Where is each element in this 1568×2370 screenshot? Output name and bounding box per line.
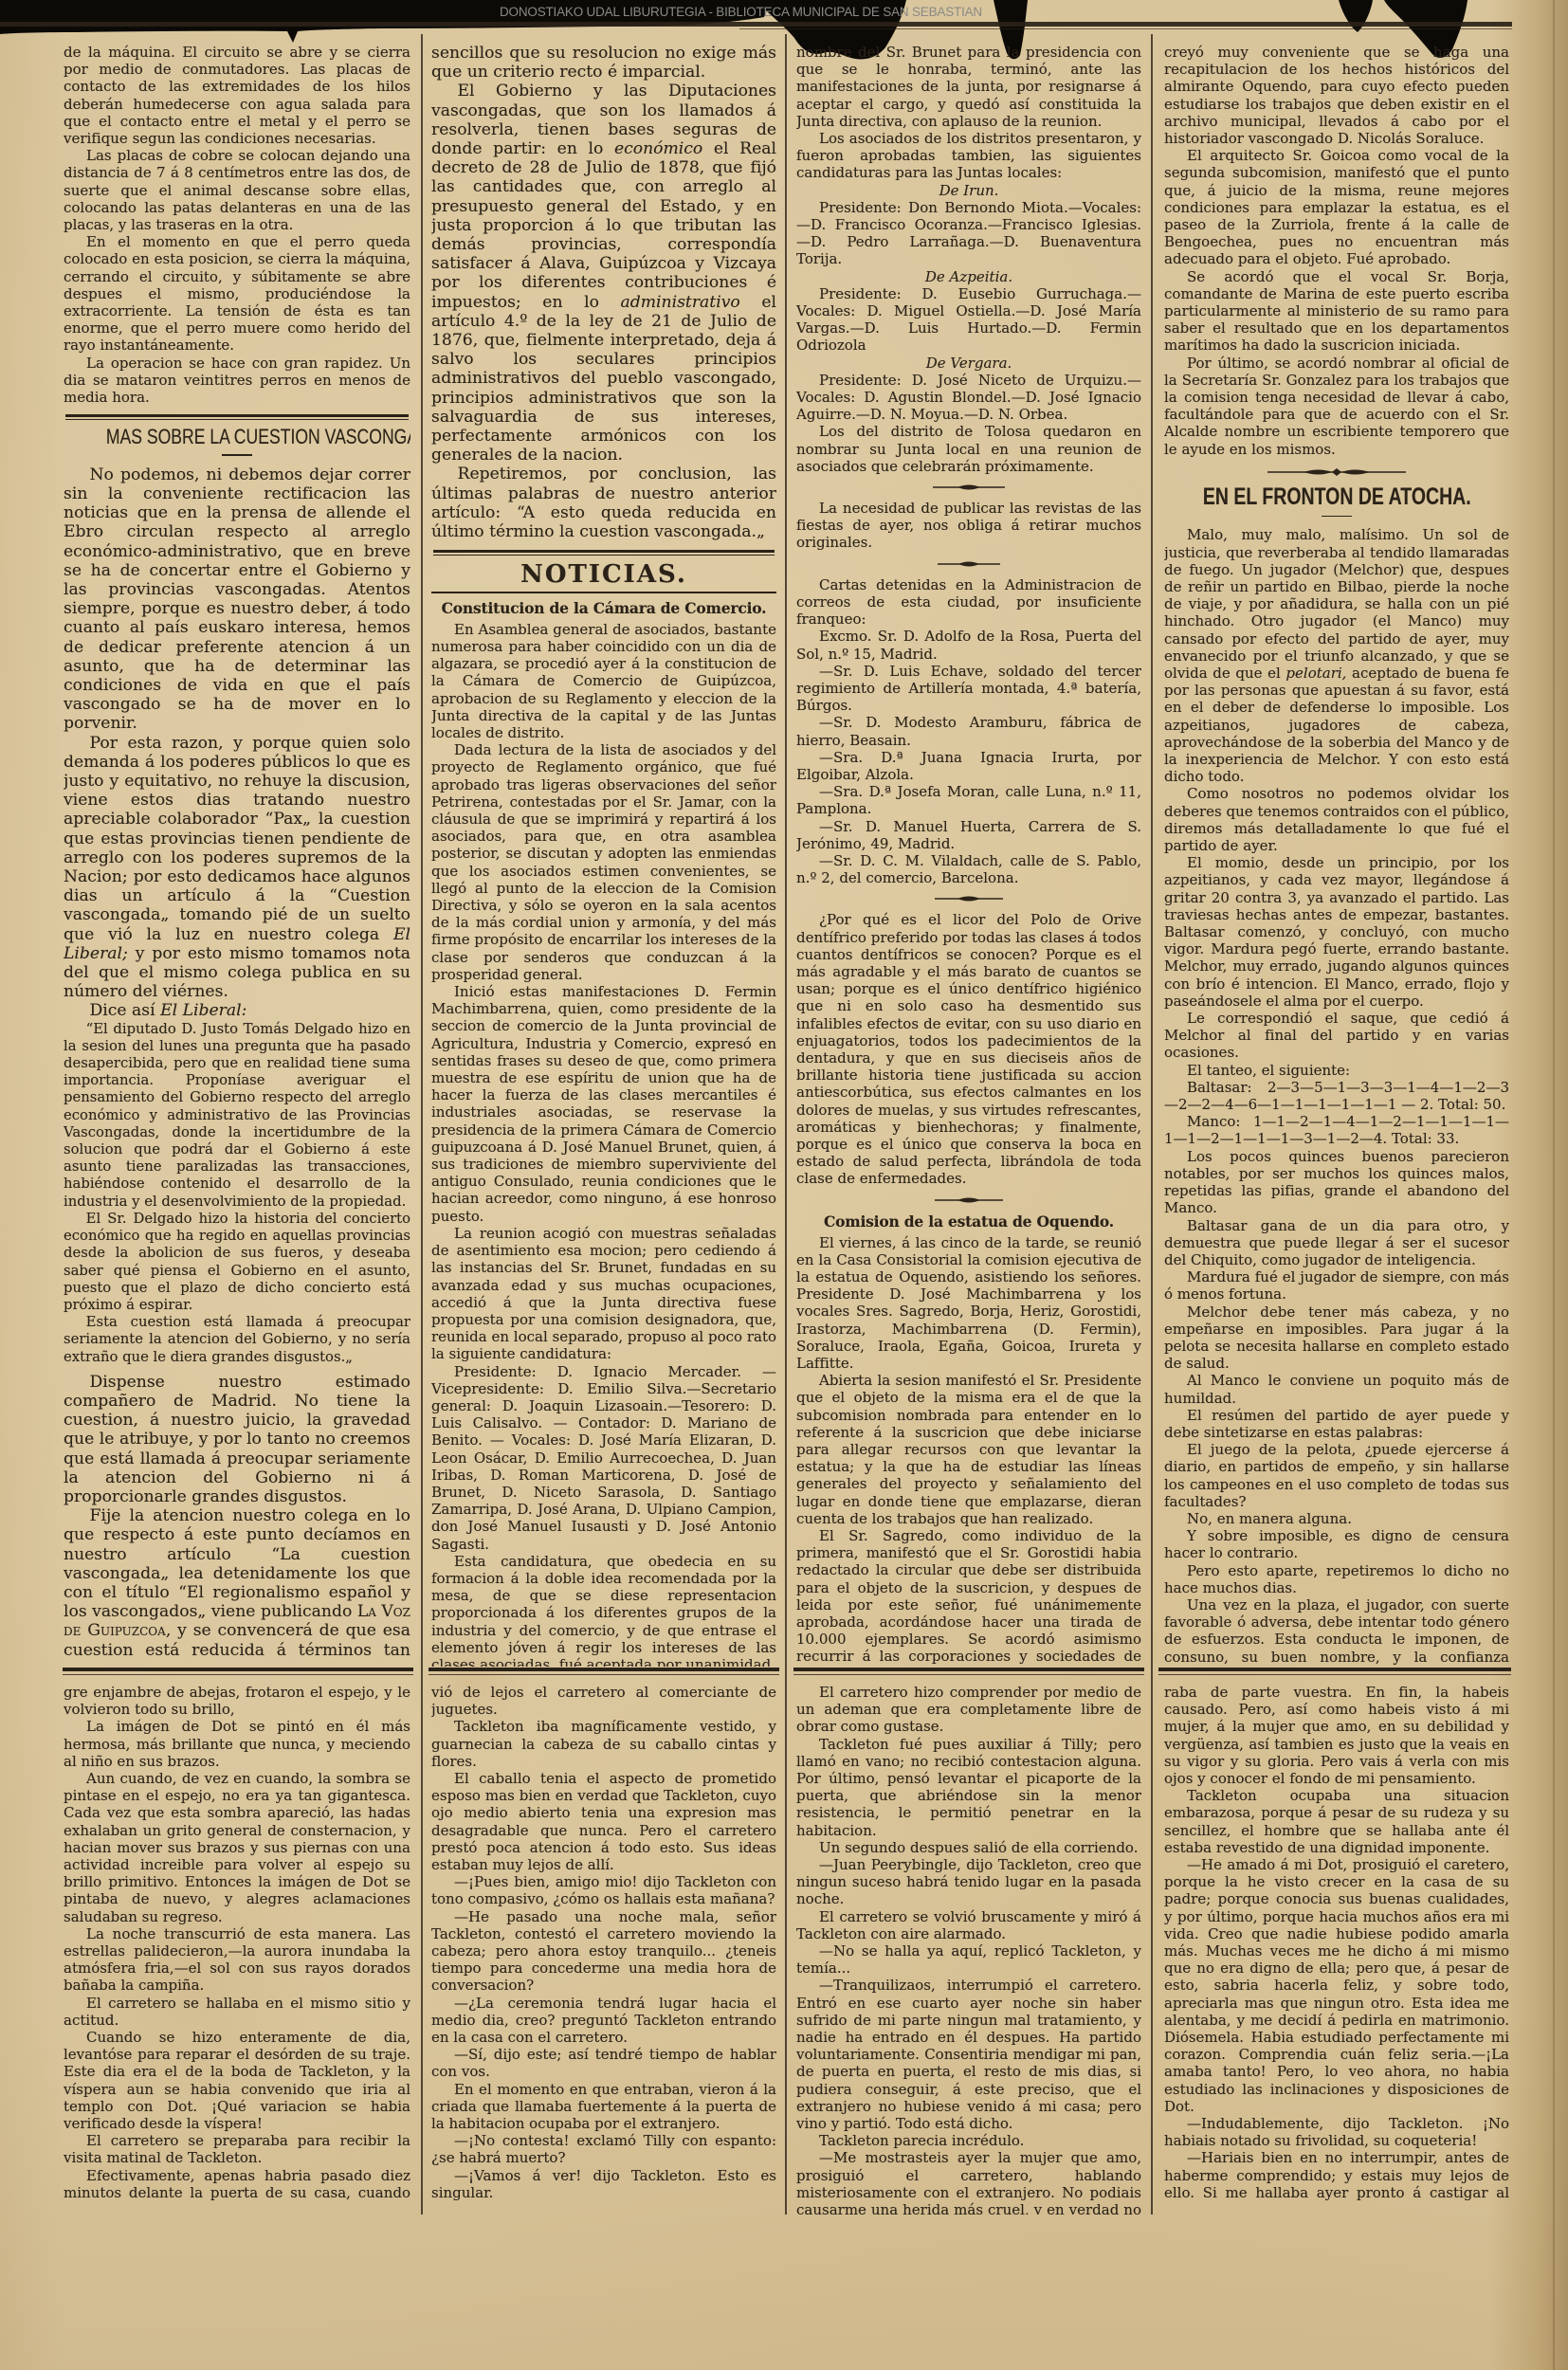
column-4-top: creyó muy conveniente que se haga una re… [1164, 44, 1509, 1667]
article-paragraph: El juego de la pelota, ¿puede ejercerse … [1164, 1441, 1509, 1510]
article-paragraph: creyó muy conveniente que se haga una re… [1164, 44, 1509, 147]
article-subheadline: Constitucion de la Cámara de Comercio. [431, 599, 776, 618]
article-paragraph: Malo, muy malo, malísimo. Un sol de just… [1164, 526, 1509, 785]
page-edge [1553, 0, 1555, 2370]
article-paragraph: Los asociados de los distritos presentar… [796, 130, 1141, 182]
headline-dash [1322, 516, 1352, 518]
text-run: Malo, muy malo, malísimo. Un sol de just… [1164, 526, 1509, 682]
notice-paragraph: La necesidad de publicar las revistas de… [796, 500, 1141, 552]
section-rule-thin [793, 1674, 1144, 1675]
article-paragraph: Le correspondió el saque, que cedió á Me… [1164, 1010, 1509, 1062]
serial-paragraph: Cuando se hizo enteramente de dia, levan… [64, 2029, 410, 2132]
ornament-flourish-icon [1266, 467, 1408, 477]
archive-watermark: DONOSTIAKO UDAL LIBURUTEGIA - BIBLIOTECA… [500, 5, 982, 19]
notice-paragraph: Cartas detenidas en la Administracion de… [796, 576, 1141, 629]
article-paragraph: El resúmen del partido de ayer puede y d… [1164, 1407, 1509, 1441]
article-paragraph: Como nosotros no podemos olvidar los deb… [1164, 785, 1509, 854]
italic-run: económico [614, 139, 702, 158]
serial-dialogue: —Tranquilizaos, interrumpió el carretero… [796, 1977, 1141, 2132]
article-paragraph: No podemos, ni debemos dejar correr sin … [64, 465, 410, 734]
district-label: De Irun. [796, 182, 1141, 199]
section-rule [1158, 1668, 1511, 1671]
serial-paragraph: Aun cuando, de vez en cuando, la sombra … [64, 1770, 410, 1925]
column-divider [1151, 34, 1153, 2215]
italic-run: El Liberal: [160, 1001, 246, 1020]
serial-dialogue: —He amado á mi Dot, prosiguió el careter… [1164, 1856, 1509, 2115]
ornament-separator-icon [933, 483, 1005, 491]
article-paragraph: Fije la atencion nuestro colega en lo qu… [64, 1506, 410, 1660]
advertisement-paragraph: ¿Por qué es el licor del Polo de Orive d… [796, 911, 1141, 1187]
serial-dialogue: —Hariais bien en no interrumpir, antes d… [1164, 2149, 1509, 2201]
ornament-separator-icon [935, 895, 1003, 902]
article-paragraph: Dice así El Liberal: [64, 1001, 410, 1020]
article-paragraph: sencillos que su resolucion no exige más… [431, 44, 776, 82]
serial-dialogue: —¿La ceremonia tendrá lugar hacia el med… [431, 1995, 776, 2047]
article-paragraph: nombre del Sr. Brunet para la presidenci… [796, 44, 1141, 130]
section-rule [63, 1668, 413, 1671]
score-line-baltasar: Baltasar: 2—3—5—1—3—3—1—4—1—2—3—2—2—4—6—… [1164, 1079, 1509, 1113]
article-paragraph: Mardura fué el jugador de siempre, con m… [1164, 1268, 1509, 1303]
serial-dialogue: —Indudablemente, dijo Tackleton. ¡No hab… [1164, 2115, 1509, 2149]
serial-paragraph: raba de parte vuestra. En fin, la habeis… [1164, 1684, 1509, 1787]
column-4-serial: raba de parte vuestra. En fin, la habeis… [1164, 1684, 1509, 2215]
article-paragraph: El tanteo, el siguiente: [1164, 1062, 1509, 1079]
header-rule-thin [739, 28, 1512, 29]
quoted-paragraph: Esta cuestion está llamada á preocupar s… [64, 1314, 410, 1366]
serial-paragraph: Tackleton fué pues auxiliar á Tilly; per… [796, 1736, 1141, 1839]
headline-text: MAS SOBRE LA CUESTION VASCONGADA. [106, 425, 410, 449]
article-paragraph: El momio, desde un principio, por los az… [1164, 854, 1509, 1010]
serial-dialogue: —Juan Peerybingle, dijo Tackleton, creo … [796, 1856, 1141, 1908]
article-paragraph: El arquitecto Sr. Goicoa como vocal de l… [1164, 147, 1509, 267]
serial-paragraph: vió de lejos el carretero al comerciante… [431, 1684, 776, 1718]
serial-dialogue: —He pasado una noche mala, señor Tacklet… [431, 1908, 776, 1995]
article-paragraph: Las placas de cobre se colocan dejando u… [64, 147, 410, 233]
article-paragraph: Por último, se acordó nombrar al oficial… [1164, 355, 1509, 458]
text-run: Dice así [90, 1001, 161, 1020]
district-label: De Azpeitia. [796, 268, 1141, 285]
ornament-separator-icon [938, 560, 1000, 568]
article-paragraph: Esta candidatura, que obedecia en su for… [431, 1553, 776, 1667]
italic-run: administrativo [621, 293, 740, 312]
serial-dialogue: —¡Vamos á ver! dijo Tackleton. Esto es s… [431, 2167, 776, 2201]
serial-dialogue: —Me mostrasteis ayer la mujer que amo, p… [796, 2149, 1141, 2215]
article-paragraph: Repetiremos, por conclusion, las últimas… [431, 465, 776, 541]
serial-paragraph: El carretero se hallaba en el mismo siti… [64, 1995, 410, 2029]
serial-paragraph: Efectivamente, apenas habria pasado diez… [64, 2167, 410, 2201]
letter-entry: —Sr. D. Modesto Aramburu, fábrica de hie… [796, 714, 1141, 748]
headline-text: EN EL FRONTON DE ATOCHA. [1203, 483, 1471, 511]
article-paragraph: Una vez en la plaza, el jugador, con sue… [1164, 1596, 1509, 1667]
article-paragraph: Dispense nuestro estimado compañero de M… [64, 1373, 410, 1506]
article-paragraph: de la máquina. El circuito se abre y se … [64, 44, 410, 147]
italic-run: pelotari, [1285, 665, 1346, 682]
article-paragraph: La operacion se hace con gran rapidez. U… [64, 355, 410, 407]
letter-entry: Excmo. Sr. D. Adolfo de la Rosa, Puerta … [796, 628, 1141, 662]
column-3-top: nombre del Sr. Brunet para la presidenci… [796, 44, 1141, 1667]
serial-paragraph: El carretero se preparaba para recibir l… [64, 2132, 410, 2166]
candidate-list: Presidente: D. Ignacio Mercader. — Vicep… [431, 1363, 776, 1553]
article-rule [65, 414, 409, 417]
candidate-list: Presidente: D. Eusebio Gurruchaga.—Vocal… [796, 285, 1141, 355]
serial-paragraph: La noche transcurrió de esta manera. Las… [64, 1925, 410, 1995]
text-run: el artículo 4.º de la ley de 21 de Julio… [431, 293, 776, 465]
text-run: el Real decreto de 28 de Julio de 1878, … [431, 139, 776, 312]
article-headline: MAS SOBRE LA CUESTION VASCONGADA. [64, 425, 410, 449]
article-paragraph: El Gobierno y las Diputaciones vascongad… [431, 82, 776, 465]
article-paragraph: Pero esto aparte, repetiremos lo dicho n… [1164, 1562, 1509, 1596]
article-headline: EN EL FRONTON DE ATOCHA. [1164, 483, 1509, 511]
article-paragraph: Se acordó que el vocal Sr. Borja, comand… [1164, 268, 1509, 355]
article-paragraph: Melchor debe tener más cabeza, y no empe… [1164, 1303, 1509, 1373]
serial-dialogue: —¡Pues bien, amigo mio! dijo Tackleton c… [431, 1873, 776, 1907]
article-subheadline: Comision de la estatua de Oquendo. [796, 1212, 1141, 1231]
letter-entry: —Sr. D. Manuel Huerta, Carrera de S. Jer… [796, 818, 1141, 852]
section-rule-thin [63, 1674, 413, 1675]
column-divider [421, 34, 423, 2215]
candidate-list: Presidente: Don Bernondo Miota.—Vocales:… [796, 199, 1141, 268]
article-paragraph: En Asamblea general de asociados, bastan… [431, 621, 776, 741]
section-rule-thin [431, 592, 776, 593]
serial-paragraph: En el momento en que entraban, vieron á … [431, 2081, 776, 2133]
header-rule [0, 22, 1512, 27]
section-rule [428, 1668, 779, 1671]
serial-paragraph: gre enjambre de abejas, frotaron el espe… [64, 1684, 410, 1718]
district-label: De Vergara. [796, 355, 1141, 372]
serial-paragraph: Tackleton ocupaba una situacion embarazo… [1164, 1787, 1509, 1856]
letter-entry: —Sr. D. C. M. Vilaldach, calle de S. Pab… [796, 852, 1141, 886]
serial-paragraph: El carretero se volvió bruscamente y mir… [796, 1908, 1141, 1942]
serial-paragraph: El carretero hizo comprender por medio d… [796, 1684, 1141, 1736]
column-3-serial: El carretero hizo comprender por medio d… [796, 1684, 1141, 2215]
article-paragraph: Dada lectura de la lista de asociados y … [431, 741, 776, 983]
serial-dialogue: —No se halla ya aquí, replicó Tackleton,… [796, 1942, 1141, 1977]
article-paragraph: En el momento en que el perro queda colo… [64, 233, 410, 354]
serial-paragraph: El caballo tenia el aspecto de prometido… [431, 1770, 776, 1873]
article-rule [433, 550, 775, 553]
serial-paragraph: Un segundo despues salió de ella corrien… [796, 1839, 1141, 1856]
article-paragraph: Los del distrito de Tolosa quedaron en n… [796, 423, 1141, 475]
letter-entry: —Sra. D.ª Josefa Moran, calle Luna, n.º … [796, 783, 1141, 817]
serial-paragraph: Tackleton iba magníficamente vestido, y … [431, 1718, 776, 1770]
headline-dash [222, 454, 252, 456]
article-paragraph: Por esta razon, y porque quien solo dema… [64, 734, 410, 1002]
column-1-top: de la máquina. El circuito se abre y se … [64, 44, 410, 1667]
quoted-paragraph: “El diputado D. Justo Tomás Delgado hizo… [64, 1021, 410, 1211]
letter-entry: —Sr. D. Luis Echave, soldado del tercer … [796, 663, 1141, 715]
letter-entry: —Sra. D.ª Juana Ignacia Irurta, por Elgo… [796, 749, 1141, 783]
article-paragraph: El Sr. Sagredo, como individuo de la pri… [796, 1527, 1141, 1667]
article-paragraph: Los pocos quinces buenos parecieron nota… [1164, 1148, 1509, 1217]
article-paragraph: Al Manco le conviene un poquito más de h… [1164, 1372, 1509, 1406]
section-title: NOTICIAS. [431, 560, 776, 589]
text-run: aceptado de buena fe por las personas qu… [1164, 665, 1509, 785]
text-run: Por esta razon, y porque quien solo dema… [64, 734, 410, 944]
column-2-serial: vió de lejos el carretero al comerciante… [431, 1684, 776, 2215]
column-1-serial: gre enjambre de abejas, frotaron el espe… [64, 1684, 410, 2215]
quoted-paragraph: El Sr. Delgado hizo la historia del conc… [64, 1211, 410, 1314]
article-paragraph: El viernes, á las cinco de la tarde, se … [796, 1234, 1141, 1373]
article-paragraph: No, en manera alguna. [1164, 1510, 1509, 1527]
serial-dialogue: —¡No contesta! exclamó Tilly con espanto… [431, 2132, 776, 2166]
ornament-separator-icon [935, 1196, 1003, 1204]
section-rule-thin [428, 1674, 779, 1675]
article-paragraph: La reunion acogió con muestras señaladas… [431, 1225, 776, 1363]
column-divider [785, 34, 787, 2215]
article-paragraph: Baltasar gana de un dia para otro, y dem… [1164, 1217, 1509, 1269]
score-line-manco: Manco: 1—1—2—1—4—1—2—1—1—1—1—1—1—2—1—1—1… [1164, 1113, 1509, 1147]
serial-paragraph: Tackleton parecia incrédulo. [796, 2132, 1141, 2149]
serial-paragraph: La imágen de Dot se pintó en él más herm… [64, 1718, 410, 1770]
article-paragraph: Inició estas manifestaciones D. Fermin M… [431, 983, 776, 1225]
article-paragraph: Abierta la sesion manifestó el Sr. Presi… [796, 1372, 1141, 1527]
serial-dialogue: —Sí, dijo este; así tendré tiempo de hab… [431, 2046, 776, 2080]
article-paragraph: Y sobre imposible, es digno de censura h… [1164, 1527, 1509, 1561]
candidate-list: Presidente: D. José Niceto de Urquizu.—V… [796, 372, 1141, 424]
section-rule [793, 1668, 1144, 1671]
section-rule-thin [1158, 1674, 1511, 1675]
column-2-top: sencillos que su resolucion no exige más… [431, 44, 776, 1667]
